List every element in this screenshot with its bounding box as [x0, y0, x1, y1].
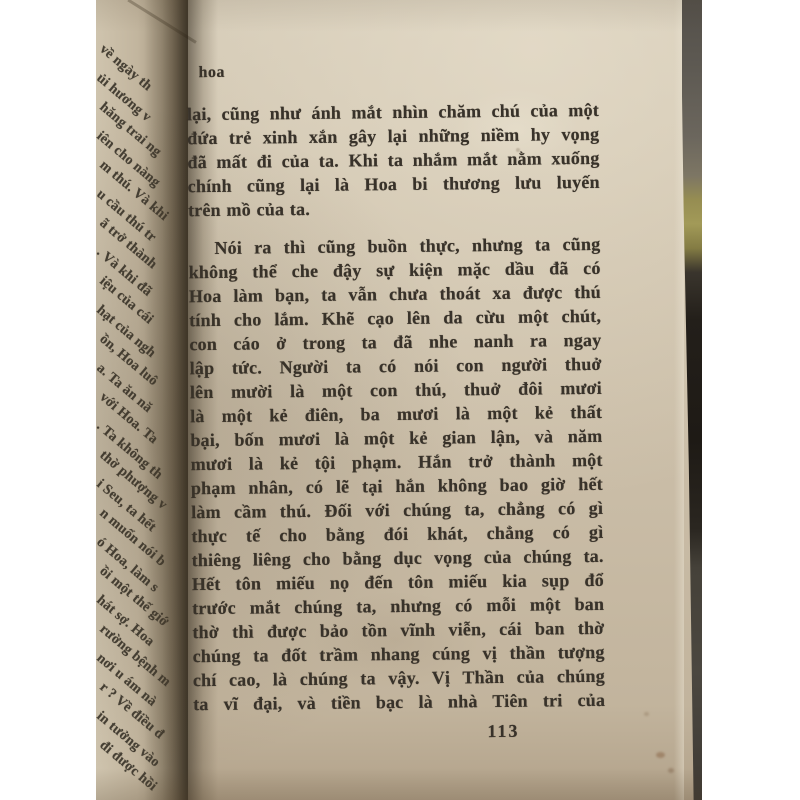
paragraph-2: Nói ra thì cũng buồn thực, nhưng ta cũng… — [188, 232, 605, 716]
book-page-photo: về ngày thủi hương vhăng trai ngiên cho … — [96, 0, 702, 800]
running-header: hoa — [198, 64, 225, 82]
page-number: 113 — [487, 721, 519, 742]
page-text: hoa lại, cũng như ánh mắt nhìn chăm chú … — [96, 0, 702, 800]
text-line: chính cũng lại là Hoa bi thương lưu luyế… — [188, 170, 600, 198]
paragraph-1: lại, cũng như ánh mắt nhìn chăm chú của … — [187, 98, 600, 222]
text-line: ta vĩ đại, và tiền bạc là nhà Tiên tri c… — [193, 688, 605, 716]
text-line: trên mồ của ta. — [188, 194, 600, 222]
